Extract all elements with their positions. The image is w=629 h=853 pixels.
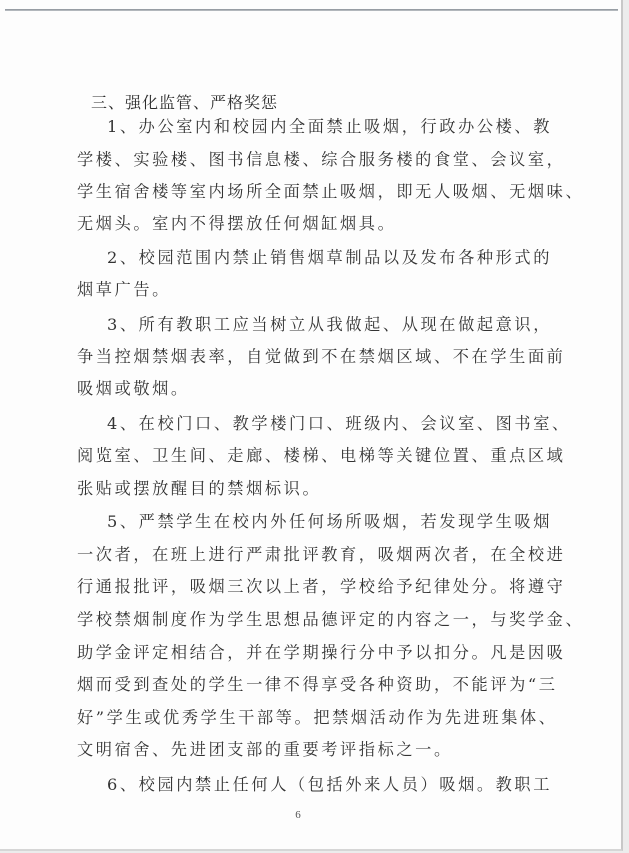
paragraph-5-line-5: 助学金评定相结合，并在学期操行分中予以扣分。凡是因吸 (77, 643, 565, 663)
document-page: 三、强化监管、严格奖惩 1、办公室内和校园内全面禁止吸烟，行政办公楼、教 学楼、… (0, 0, 623, 851)
paragraph-5-line-4: 学校禁烟制度作为学生思想品德评定的内容之一，与奖学金、 (77, 610, 584, 630)
paragraph-5-line-1: 5、严禁学生在校内外任何场所吸烟，若发现学生吸烟 (107, 512, 552, 532)
paragraph-3-line-3: 吸烟或敬烟。 (77, 379, 190, 399)
paragraph-5-line-6: 烟而受到查处的学生一律不得享受各种资助，不能评为“三 (77, 675, 558, 695)
page-number: 6 (278, 809, 318, 821)
paragraph-5-line-2: 一次者，在班上进行严肃批评教育，吸烟两次者，在全校进 (77, 545, 565, 565)
paragraph-1-line-4: 无烟头。室内不得摆放任何烟缸烟具。 (77, 214, 396, 234)
paragraph-2-line-2: 烟草广告。 (77, 280, 171, 300)
paragraph-1-line-3: 学生宿舍楼等室内场所全面禁止吸烟，即无人吸烟、无烟味、 (77, 182, 584, 202)
paragraph-3-line-1: 3、所有教职工应当树立从我做起、从现在做起意识， (107, 315, 552, 335)
paragraph-5-line-3: 行通报批评，吸烟三次以上者，学校给予纪律处分。将遵守 (77, 577, 565, 597)
paragraph-1-line-1: 1、办公室内和校园内全面禁止吸烟，行政办公楼、教 (107, 117, 552, 137)
paragraph-5-line-8: 文明宿舍、先进团支部的重要考评指标之一。 (77, 740, 453, 760)
section-heading: 三、强化监管、严格奖惩 (91, 90, 278, 113)
paragraph-6-line-1: 6、校园内禁止任何人（包括外来人员）吸烟。教职工 (107, 775, 552, 795)
paragraph-4-line-2: 阅览室、卫生间、走廊、楼梯、电梯等关键位置、重点区域 (77, 446, 565, 466)
paragraph-4-line-3: 张贴或摆放醒目的禁烟标识。 (77, 479, 321, 499)
paragraph-1-line-2: 学楼、实验楼、图书信息楼、综合服务楼的食堂、会议室， (77, 150, 565, 170)
paragraph-2-line-1: 2、校园范围内禁止销售烟草制品以及发布各种形式的 (107, 248, 552, 268)
top-rule-divider (5, 9, 618, 11)
paragraph-5-line-7: 好”学生或优秀学生干部等。把禁烟活动作为先进班集体、 (77, 708, 558, 728)
paragraph-4-line-1: 4、在校门口、教学楼门口、班级内、会议室、图书室、 (107, 414, 571, 434)
paragraph-3-line-2: 争当控烟禁烟表率，自觉做到不在禁烟区域、不在学生面前 (77, 347, 565, 367)
